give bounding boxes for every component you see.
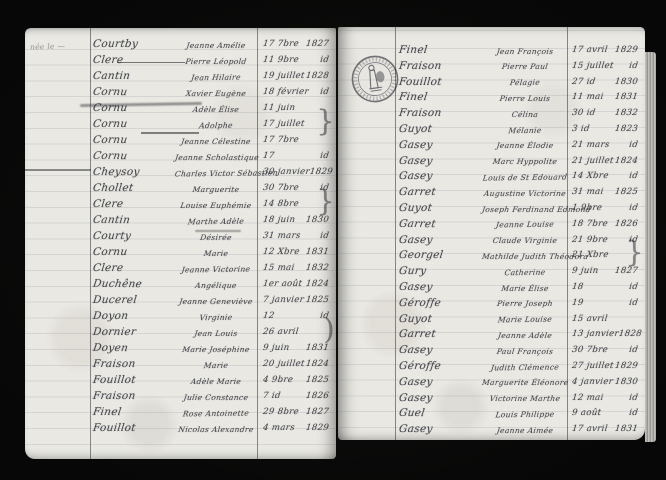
date-day-month: 18 7bre	[571, 219, 608, 229]
surname-cell: Géroffe	[398, 359, 442, 373]
table-row: GéroffePierre Joseph19id	[338, 296, 645, 312]
date-day-month: 17	[262, 151, 275, 161]
date-day-month: 31 mars	[262, 231, 301, 241]
table-row: GuelLouis Philippe9 aoûtid	[338, 406, 645, 422]
date-year: 1824	[305, 359, 329, 369]
date-year: 1823	[614, 124, 638, 134]
table-row: GaseyLouis de St Edouard14 Xbreid	[338, 169, 645, 185]
date-cell: 15 avril	[571, 314, 638, 324]
date-year: 1824	[614, 156, 638, 166]
table-row: FinelRose Antoinette29 8bre1827	[25, 405, 336, 421]
surname-cell: Gasey	[398, 422, 433, 436]
date-cell: 27 id1830	[571, 77, 638, 87]
surname-cell: Fraison	[92, 357, 136, 371]
surname-cell: Clere	[92, 197, 124, 211]
table-row: DucerelJeanne Geneviève7 janvier1825	[25, 293, 336, 309]
date-year: 1830	[305, 215, 329, 225]
table-row: GuyotMélanie3 id1823	[338, 122, 645, 138]
date-year: 1830	[614, 377, 638, 387]
date-year: 1829	[309, 167, 333, 177]
given-names-cell: Marie Élise	[481, 284, 568, 293]
table-row: GaseyMarc Hyppolite21 juillet1824	[338, 154, 645, 170]
table-row: CornuMarie12 Xbre1831	[25, 245, 336, 261]
date-cell: 18 févrierid	[262, 87, 329, 97]
table-row: GarretJeanne Adèle13 janvier1828	[338, 327, 645, 343]
date-year: 1825	[305, 295, 329, 305]
date-day-month: 14 8bre	[262, 199, 299, 209]
given-names-cell: Adolphe	[174, 120, 257, 130]
table-row: GaseyVictorine Marthe12 maiid	[338, 391, 645, 407]
given-names-cell: Louis de St Edouard	[481, 172, 568, 182]
date-day-month: 12	[262, 311, 275, 321]
date-year: 1828	[305, 71, 329, 81]
date-day-month: 15 mai	[262, 263, 295, 273]
date-year: 1826	[614, 219, 638, 229]
surname-cell: Cornu	[92, 149, 128, 163]
table-row: GuyotMarie Louise15 avril	[338, 312, 645, 328]
date-cell: 31 marsid	[262, 231, 329, 241]
date-year: 1828	[618, 329, 642, 339]
given-names-cell: Marc Hyppolite	[481, 157, 568, 166]
table-row: GaseyPaul François30 7breid	[338, 343, 645, 359]
date-year: id	[629, 345, 639, 355]
given-names-cell: Jeanne Adèle	[481, 331, 568, 340]
table-row: GéroffeJudith Clémence27 juillet1829	[338, 359, 645, 375]
date-year: 1830	[614, 77, 638, 87]
table-row: FouillotNicolas Alexandre4 mars1829	[25, 421, 336, 437]
date-cell: 15 juilletid	[571, 61, 638, 71]
surname-cell: Finel	[92, 405, 123, 419]
surname-cell: Finel	[398, 90, 429, 104]
surname-cell: Cornu	[92, 133, 128, 147]
date-cell: 21 marsid	[571, 140, 638, 150]
date-cell: 15 mai1832	[262, 263, 329, 273]
table-row: FouillotPélagie27 id1830	[338, 75, 645, 91]
date-cell: 19 juillet1828	[262, 71, 329, 81]
surname-cell: Clere	[92, 53, 124, 67]
date-cell: 17 avril1829	[571, 45, 638, 55]
surname-cell: Cornu	[92, 85, 128, 99]
date-day-month: 17 7bre	[262, 135, 299, 145]
date-day-month: 27 juillet	[571, 361, 614, 371]
given-names-cell: Angélique	[174, 281, 257, 290]
table-row: CornuAdèle Élise11 juin	[25, 101, 336, 117]
date-day-month: 3 id	[571, 124, 590, 134]
date-year: 1824	[305, 279, 329, 289]
date-year: 1831	[305, 343, 329, 353]
table-row: DuchêneAngélique1er août1824	[25, 277, 336, 293]
table-row: ClereJeanne Victorine15 mai1832	[25, 261, 336, 277]
given-names-cell: Jean François	[481, 47, 568, 56]
table-row: FraisonJulie Constance7 id1826	[25, 389, 336, 405]
given-names-cell: Adèle Élise	[174, 105, 257, 114]
date-day-month: 1er août	[262, 279, 302, 289]
surname-cell: Gasey	[398, 375, 433, 389]
date-day-month: 20 juillet	[262, 359, 305, 369]
date-day-month: 11 juin	[262, 103, 295, 113]
table-row: CheysoyCharles Victor Sébastien30 janvie…	[25, 165, 336, 181]
surname-cell: Géroffe	[398, 296, 442, 310]
date-day-month: 11 9bre	[262, 55, 299, 65]
surname-cell: Georgel	[398, 248, 444, 262]
table-row: GaseyJeanne Élodie21 marsid	[338, 138, 645, 154]
date-cell: 19id	[571, 298, 638, 308]
table-row: GuryCatherine9 juin1827	[338, 264, 645, 280]
given-names-cell: Catherine	[481, 267, 568, 277]
given-names-cell: Charles Victor Sébastien	[174, 168, 257, 178]
surname-cell: Fouillot	[92, 421, 137, 435]
table-row: CornuAdolphe17 juillet}	[25, 117, 336, 133]
date-year: id	[320, 231, 330, 241]
date-day-month: 29 8bre	[262, 407, 299, 417]
table-row: FouillotAdèle Marie4 9bre1825	[25, 373, 336, 389]
date-day-month: 15 avril	[571, 314, 608, 324]
surname-cell: Gasey	[398, 233, 433, 247]
table-row: DoyenMarie Joséphine9 juin1831	[25, 341, 336, 357]
date-day-month: 31 mai	[571, 187, 604, 197]
given-names-cell: Jeanne Aimée	[481, 426, 568, 435]
date-day-month: 27 id	[571, 77, 596, 87]
date-year: 1827	[614, 266, 638, 276]
date-year	[637, 314, 638, 324]
date-cell: 30 janvier1829	[262, 167, 329, 177]
date-day-month: 17 avril	[571, 424, 608, 434]
date-cell: 4 9bre1825	[262, 375, 329, 385]
given-names-cell: Pierre Léopold	[174, 57, 257, 66]
date-day-month: 17 7bre	[262, 39, 299, 49]
surname-cell: Gury	[398, 264, 427, 278]
given-names-cell: Louise Euphémie	[174, 201, 257, 210]
table-row: GeorgelMathilde Judith Théodora21 Xbre}	[338, 248, 645, 264]
given-names-cell: Adèle Marie	[174, 377, 257, 386]
given-names-cell: Joseph Ferdinand Edmond	[481, 205, 568, 214]
date-year: 1829	[305, 423, 329, 433]
surname-cell: Cantin	[92, 213, 131, 227]
given-names-cell: Pierre Louis	[481, 94, 568, 103]
date-year: id	[629, 203, 639, 213]
given-names-cell: Marie	[174, 360, 257, 370]
surname-cell: Gasey	[398, 138, 433, 152]
date-year: id	[320, 87, 330, 97]
date-day-month: 18	[571, 282, 584, 292]
date-cell: 7 id1826	[262, 391, 329, 401]
given-names-cell: Marthe Adèle	[174, 216, 257, 226]
date-year: 1825	[305, 375, 329, 385]
table-row: CornuJeanne Scholastique17id	[25, 149, 336, 165]
date-cell: 31 mai1825	[571, 187, 638, 197]
date-year: id	[320, 151, 330, 161]
date-cell: 12 maiid	[571, 393, 638, 403]
surname-cell: Duchêne	[92, 277, 143, 291]
date-cell: 9 juin1831	[262, 343, 329, 353]
surname-cell: Gasey	[398, 280, 434, 294]
table-row: GaseyClaude Virginie21 9breid	[338, 233, 645, 249]
table-row: ClereLouise Euphémie14 8bre}	[25, 197, 336, 213]
date-day-month: 21 Xbre	[571, 250, 609, 260]
given-names-cell: Jeanne Amélie	[174, 41, 257, 50]
given-names-cell: Mélanie	[481, 125, 568, 135]
left-page-rows: CourtbyJeanne Amélie17 7bre1827ClerePier…	[25, 28, 336, 459]
table-row: ClerePierre Léopold11 9breid	[25, 53, 336, 69]
date-day-month: 15 juillet	[571, 61, 614, 71]
date-cell: 11 mai1831	[571, 92, 638, 102]
scanned-register-spread: née le — CourtbyJeanne Amélie17 7bre1827…	[0, 0, 666, 480]
date-cell: 17id	[262, 151, 329, 161]
given-names-cell: Julie Constance	[174, 393, 257, 402]
table-row: GaseyMarguerite Éléonore4 janvier1830	[338, 375, 645, 391]
date-cell: 1 9breid	[571, 203, 638, 213]
date-day-month: 1 9bre	[571, 203, 602, 213]
date-day-month: 12 mai	[571, 393, 604, 403]
date-day-month: 21 juillet	[571, 156, 614, 166]
surname-cell: Cornu	[92, 101, 128, 115]
date-day-month: 19 juillet	[262, 71, 305, 81]
surname-cell: Guyot	[398, 201, 433, 215]
surname-cell: Fraison	[92, 389, 136, 403]
surname-cell: Cornu	[92, 245, 128, 259]
given-names-cell: Mathilde Judith Théodora	[481, 252, 568, 261]
given-names-cell: Paul François	[481, 347, 568, 356]
date-year	[328, 135, 329, 145]
date-year: 1831	[614, 424, 638, 434]
table-row: CourtbyJeanne Amélie17 7bre1827	[25, 37, 336, 53]
given-names-cell: Marie	[174, 249, 257, 258]
given-names-cell: Victorine Marthe	[481, 394, 568, 403]
surname-cell: Courty	[92, 229, 132, 243]
given-names-cell: Marie Joséphine	[174, 345, 257, 354]
table-row: GaseyMarie Élise18id	[338, 280, 645, 296]
date-year: 1829	[614, 45, 638, 55]
date-cell: 27 juillet1829	[571, 361, 638, 371]
date-year: 1827	[305, 39, 329, 49]
date-day-month: 30 id	[571, 108, 596, 118]
table-row: FraisonCélina30 id1832	[338, 106, 645, 122]
date-day-month: 18 juin	[262, 215, 295, 225]
surname-cell: Guyot	[398, 312, 433, 326]
date-cell: 18id	[571, 282, 638, 292]
date-day-month: 4 mars	[262, 423, 295, 433]
date-year: 1825	[614, 187, 638, 197]
table-row: CornuJeanne Célestine17 7bre	[25, 133, 336, 149]
table-row: CantinJean Hilaire19 juillet1828	[25, 69, 336, 85]
surname-cell: Ducerel	[92, 293, 138, 307]
given-names-cell: Pierre Joseph	[481, 299, 568, 308]
given-names-cell: Louis Philippe	[481, 409, 568, 419]
given-names-cell: Claude Virginie	[481, 236, 568, 245]
date-cell: 29 8bre1827	[262, 407, 329, 417]
date-year: id	[629, 298, 639, 308]
date-year: 1827	[305, 407, 329, 417]
table-row: CornuXavier Eugène18 févrierid	[25, 85, 336, 101]
date-day-month: 30 7bre	[262, 183, 299, 193]
given-names-cell: Jeanne Geneviève	[174, 297, 257, 306]
right-page-rows: FinelJean François17 avril1829FraisonPie…	[338, 27, 645, 440]
surname-cell: Garret	[398, 185, 437, 199]
surname-cell: Doyen	[92, 341, 129, 355]
date-cell: 1er août1824	[262, 279, 329, 289]
given-names-cell: Pierre Paul	[481, 62, 568, 71]
surname-cell: Doyon	[92, 309, 129, 323]
book-page-edge	[645, 52, 656, 442]
date-year: 1832	[305, 263, 329, 273]
given-names-cell: Jeanne Élodie	[481, 141, 568, 150]
table-row: FraisonPierre Paul15 juilletid	[338, 59, 645, 75]
surname-cell: Guel	[398, 406, 426, 420]
given-names-cell: Marie Louise	[481, 315, 568, 325]
date-day-month: 18 février	[262, 87, 309, 97]
given-names-cell: Désirée	[174, 233, 257, 242]
date-cell: 9 aoûtid	[571, 408, 638, 418]
date-day-month: 26 avril	[262, 327, 299, 337]
surname-cell: Gasey	[398, 343, 434, 357]
date-cell: 17 7bre1827	[262, 39, 329, 49]
table-row: FinelJean François17 avril1829	[338, 43, 645, 59]
date-cell: 12 Xbre1831	[262, 247, 329, 257]
given-names-cell: Judith Clémence	[481, 362, 568, 372]
surname-cell: Fraison	[398, 106, 442, 120]
date-year: id	[629, 140, 639, 150]
given-names-cell: Virginie	[174, 312, 257, 322]
given-names-cell: Jeanne Scholastique	[174, 153, 257, 162]
date-year: 1831	[614, 92, 638, 102]
surname-cell: Cheysoy	[92, 165, 140, 179]
surname-cell: Finel	[398, 43, 428, 57]
date-day-month: 9 juin	[262, 343, 290, 353]
given-names-cell: Nicolas Alexandre	[174, 425, 257, 434]
table-row: CantinMarthe Adèle18 juin1830	[25, 213, 336, 229]
date-cell: 14 Xbreid	[571, 171, 638, 181]
date-day-month: 19	[571, 298, 584, 308]
date-day-month: 7 janvier	[262, 295, 304, 305]
date-year: id	[629, 171, 639, 181]
date-year: id	[320, 55, 330, 65]
table-row: GarretJeanne Louise18 7bre1826	[338, 217, 645, 233]
date-day-month: 21 mars	[571, 140, 610, 150]
date-cell: 12id	[262, 311, 329, 321]
table-row: CourtyDésirée31 marsid	[25, 229, 336, 245]
date-day-month: 4 janvier	[571, 377, 613, 387]
table-row: CholletMarguerite30 7breid	[25, 181, 336, 197]
given-names-cell: Jean Louis	[174, 329, 257, 338]
given-names-cell: Jean Hilaire	[174, 72, 257, 82]
date-day-month: 21 9bre	[571, 235, 608, 245]
date-cell: 30 id1832	[571, 108, 638, 118]
surname-cell: Guyot	[398, 122, 433, 136]
date-day-month: 30 janvier	[262, 167, 310, 177]
date-cell: 13 janvier1828	[571, 329, 638, 339]
date-year: id	[629, 393, 639, 403]
date-day-month: 17 avril	[571, 45, 608, 55]
date-year: id	[629, 282, 639, 292]
date-cell: 4 mars1829	[262, 423, 329, 433]
table-row: GaseyJeanne Aimée17 avril1831	[338, 422, 645, 438]
surname-cell: Gasey	[398, 391, 433, 405]
date-day-month: 12 Xbre	[262, 247, 300, 257]
surname-cell: Fraison	[398, 59, 442, 73]
table-row: GarretAugustine Victorine31 mai1825	[338, 185, 645, 201]
date-cell: 11 9breid	[262, 55, 329, 65]
surname-cell: Dornier	[92, 325, 137, 339]
date-cell: 26 avril	[262, 327, 329, 337]
given-names-cell: Célina	[481, 110, 568, 119]
date-cell: 3 id1823	[571, 124, 638, 134]
date-cell: 18 7bre1826	[571, 219, 638, 229]
date-cell: 4 janvier1830	[571, 377, 638, 387]
surname-cell: Gasey	[398, 169, 433, 183]
right-page: FinelJean François17 avril1829FraisonPie…	[338, 27, 645, 440]
surname-cell: Clere	[92, 261, 124, 275]
date-cell: 17 7bre	[262, 135, 329, 145]
date-year: 1831	[305, 247, 329, 257]
date-day-month: 30 7bre	[571, 345, 608, 355]
given-names-cell: Jeanne Victorine	[174, 264, 257, 274]
surname-cell: Fouillot	[92, 373, 137, 387]
table-row: GuyotJoseph Ferdinand Edmond1 9breid	[338, 201, 645, 217]
date-cell: 18 juin1830	[262, 215, 329, 225]
surname-cell: Gasey	[398, 153, 434, 167]
given-names-cell: Marguerite	[174, 185, 257, 194]
table-row: FraisonMarie20 juillet1824	[25, 357, 336, 373]
surname-cell: Cornu	[92, 117, 128, 131]
date-day-month: 9 août	[571, 408, 602, 418]
date-year: 1832	[614, 108, 638, 118]
surname-cell: Cantin	[92, 69, 131, 83]
date-cell: 30 7breid	[571, 345, 638, 355]
table-row: DoyonVirginie12id	[25, 309, 336, 325]
date-day-month: 7 id	[262, 391, 281, 401]
date-cell: 20 juillet1824	[262, 359, 329, 369]
date-day-month: 17 juillet	[262, 119, 305, 129]
date-cell: 9 juin1827	[571, 266, 638, 276]
surname-cell: Chollet	[92, 181, 134, 195]
given-names-cell: Rose Antoinette	[174, 408, 257, 418]
date-day-month: 11 mai	[571, 92, 604, 102]
given-names-cell: Augustine Victorine	[481, 189, 568, 198]
date-year: 1829	[614, 361, 638, 371]
left-page: née le — CourtbyJeanne Amélie17 7bre1827…	[25, 28, 336, 459]
date-year: 1826	[305, 391, 329, 401]
date-day-month: 13 janvier	[571, 329, 619, 339]
given-names-cell: Jeanne Célestine	[174, 137, 257, 146]
date-cell: 17 avril1831	[571, 424, 638, 434]
date-day-month: 14 Xbre	[571, 171, 609, 181]
date-cell: 21 juillet1824	[571, 156, 638, 166]
given-names-cell: Xavier Eugène	[174, 89, 257, 98]
date-year: id	[629, 408, 639, 418]
surname-cell: Courtby	[92, 37, 139, 51]
table-row: DornierJean Louis26 avril)	[25, 325, 336, 341]
date-day-month: 4 9bre	[262, 375, 293, 385]
date-cell: 7 janvier1825	[262, 295, 329, 305]
surname-cell: Garret	[398, 217, 437, 231]
given-names-cell: Marguerite Éléonore	[481, 378, 568, 387]
date-day-month: 9 juin	[571, 266, 599, 276]
date-year: id	[629, 61, 639, 71]
table-row: FinelPierre Louis11 mai1831	[338, 90, 645, 106]
given-names-cell: Jeanne Louise	[481, 220, 568, 230]
given-names-cell: Pélagie	[481, 78, 568, 88]
surname-cell: Fouillot	[398, 75, 443, 89]
surname-cell: Garret	[398, 327, 437, 341]
